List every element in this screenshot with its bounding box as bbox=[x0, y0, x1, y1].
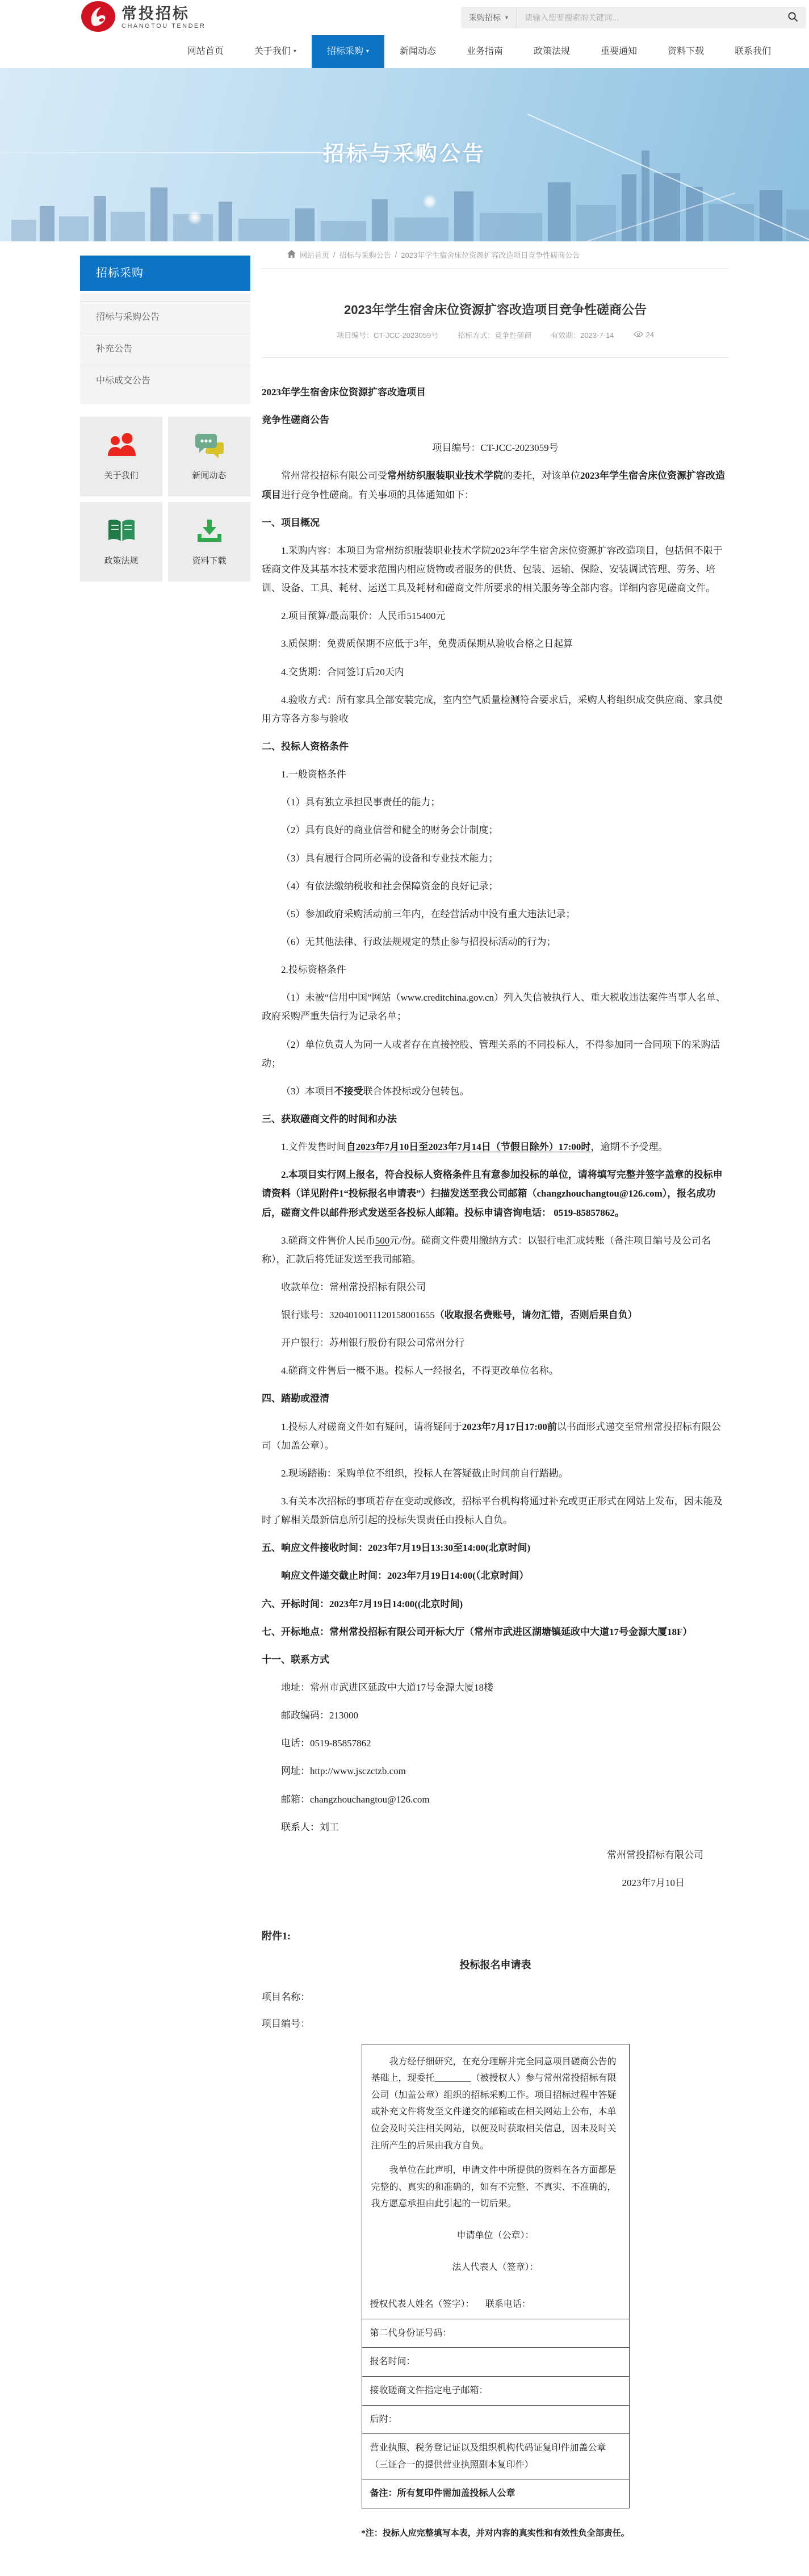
doc-block: 响应文件递交截止时间：2023年7月19日14:00(（北京时间） bbox=[262, 1566, 729, 1585]
form-field-project-no: 项目编号： bbox=[262, 2014, 729, 2033]
doc-text-run: ，逾期不予受理。 bbox=[590, 1141, 668, 1152]
doc-block: 四、踏勘或澄清 bbox=[262, 1389, 729, 1408]
search-category-value: 采购招标 bbox=[469, 12, 501, 23]
nav-item-guide[interactable]: 业务指南 bbox=[451, 35, 518, 68]
doc-block: 项目编号：CT-JCC-2023059号 bbox=[262, 438, 729, 457]
doc-text-run: 的委托，对该单位 bbox=[503, 470, 580, 481]
page: 常投招标 CHANGTOU TENDER 采购招标 ▾ 网站首页 关于我们▾ 招… bbox=[0, 0, 809, 2576]
banner-title: 招标与采购公告 bbox=[0, 136, 809, 167]
doc-block: 开户银行：苏州银行股份有限公司常州分行 bbox=[262, 1333, 729, 1352]
chat-icon bbox=[194, 432, 225, 462]
doc-block: 十一、联系方式 bbox=[262, 1650, 729, 1669]
form-row: 营业执照、税务登记证以及组织机构代码证复印件加盖公章（三证合一的提供营业执照副本… bbox=[362, 2433, 629, 2479]
form-cell: 备注：所有复印件需加盖投标人公章 bbox=[370, 2485, 621, 2502]
doc-text-run: 3.质保期：免费质保期不应低于3年，免费质保期从验收合格之日起算 bbox=[281, 638, 573, 649]
doc-block: （5）参加政府采购活动前三年内，在经营活动中没有重大违法记录； bbox=[262, 905, 729, 923]
form-row: 授权代表人姓名（签字）：联系电话： bbox=[362, 2290, 629, 2319]
article-meta: 项目编号：CT-JCC-2023059号 招标方式：竞争性磋商 有效期：2023… bbox=[262, 329, 729, 358]
doc-block: （3）具有履行合同所必需的设备和专业技术能力； bbox=[262, 849, 729, 868]
form-row: 后附： bbox=[362, 2405, 629, 2434]
hero-banner: 招标与采购公告 bbox=[0, 68, 809, 241]
nav-item-tender[interactable]: 招标采购▾ bbox=[312, 35, 384, 68]
breadcrumb-separator: / bbox=[395, 250, 397, 259]
doc-block: 4.验收方式：所有家具全部安装完成，室内空气质量检测符合要求后，采购人将组织成交… bbox=[262, 691, 729, 728]
form-declaration-paragraph: 我方经仔细研究，在充分理解并完全同意项目磋商公告的基础上，现委托________… bbox=[371, 2054, 620, 2155]
doc-block: （6）无其他法律、行政法规规定的禁止参与招投标活动的行为； bbox=[262, 932, 729, 951]
chevron-down-icon: ▾ bbox=[505, 15, 508, 21]
doc-text-run: （1）未被“信用中国”网站（www.creditchina.gov.cn）列入失… bbox=[262, 992, 726, 1022]
doc-block: （2）具有良好的商业信誉和健全的财务会计制度； bbox=[262, 821, 729, 839]
doc-text-run: 1.文件发售时间 bbox=[281, 1141, 346, 1152]
doc-text-run: 常州常投招标有限公司 bbox=[607, 1850, 703, 1860]
top-bar: 常投招标 CHANGTOU TENDER 采购招标 ▾ bbox=[0, 0, 809, 35]
breadcrumb-home[interactable]: 网站首页 bbox=[300, 249, 329, 260]
nav-item-about[interactable]: 关于我们▾ bbox=[239, 35, 312, 68]
breadcrumb: 网站首页 / 招标与采购公告 / 2023年学生宿舍床位资源扩容改造项目竞争性磋… bbox=[262, 241, 729, 269]
form-cell: 第二代身份证号码： bbox=[370, 2325, 621, 2342]
form-cell: 报名时间： bbox=[370, 2353, 621, 2370]
logo-subtitle: CHANGTOU TENDER bbox=[121, 23, 206, 30]
doc-block: 电话：0519-85857862 bbox=[262, 1734, 729, 1753]
meta-project-no: 项目编号：CT-JCC-2023059号 bbox=[337, 329, 438, 340]
home-icon bbox=[287, 250, 296, 260]
search-button[interactable] bbox=[779, 7, 806, 28]
application-form-table: 我方经仔细研究，在充分理解并完全同意项目磋商公告的基础上，现委托________… bbox=[362, 2044, 630, 2508]
form-declaration-row: 我方经仔细研究，在充分理解并完全同意项目磋商公告的基础上，现委托________… bbox=[362, 2044, 629, 2291]
doc-text-run: 常州常投招标有限公司受 bbox=[281, 470, 387, 481]
card-label: 关于我们 bbox=[104, 469, 138, 481]
attachment-label: 附件1: bbox=[262, 1926, 729, 1946]
nav-item-notice[interactable]: 重要通知 bbox=[585, 35, 652, 68]
sidebar-item-supplement[interactable]: 补充公告 bbox=[80, 333, 250, 365]
form-field-project-name: 项目名称： bbox=[262, 1988, 729, 2006]
doc-text-run: 2023年7月10日 bbox=[622, 1877, 685, 1888]
doc-text-run: 二、投标人资格条件 bbox=[262, 741, 349, 752]
search-input[interactable] bbox=[517, 7, 779, 28]
doc-text-run: 联合体投标或分包转包。 bbox=[363, 1086, 470, 1097]
doc-text-run: 进行竞争性磋商。有关事项的具体通知如下： bbox=[281, 490, 474, 500]
card-label: 政策法规 bbox=[104, 554, 138, 566]
doc-block: 2023年学生宿舍床位资源扩容改造项目 bbox=[262, 383, 729, 402]
doc-text-run: 邮政编码：213000 bbox=[281, 1710, 358, 1721]
doc-text-run: 网址：http://www.jsczctzb.com bbox=[281, 1766, 406, 1776]
main-nav: 网站首页 关于我们▾ 招标采购▾ 新闻动态 业务指南 政策法规 重要通知 资料下… bbox=[0, 35, 809, 68]
search-bar: 采购招标 ▾ bbox=[461, 7, 806, 28]
doc-text-run: 六、开标时间：2023年7月19日14:00((北京时间) bbox=[262, 1599, 463, 1609]
doc-block: 1.采购内容：本项目为常州纺织服装职业技术学院2023年学生宿舍床位资源扩容改造… bbox=[262, 541, 729, 597]
doc-block: 3.质保期：免费质保期不应低于3年，免费质保期从验收合格之日起算 bbox=[262, 634, 729, 653]
doc-text-run: 五、响应文件接收时间：2023年7月19日13:30至14:00(北京时间) bbox=[262, 1542, 530, 1553]
search-category-select[interactable]: 采购招标 ▾ bbox=[461, 7, 517, 28]
nav-item-news[interactable]: 新闻动态 bbox=[384, 35, 451, 68]
doc-text-run: （1）具有独立承担民事责任的能力； bbox=[281, 797, 441, 808]
meta-valid: 有效期：2023-7-14 bbox=[551, 329, 614, 340]
doc-text-run: 1.采购内容：本项目为常州纺织服装职业技术学院2023年学生宿舍床位资源扩容改造… bbox=[262, 545, 723, 593]
breadcrumb-section[interactable]: 招标与采购公告 bbox=[339, 249, 391, 260]
doc-block: 1.文件发售时间自2023年7月10日至2023年7月14日（节假日除外）17:… bbox=[262, 1138, 729, 1156]
doc-block: 银行账号：3204010011120158001655（收取报名费账号，请勿汇错… bbox=[262, 1306, 729, 1324]
logo[interactable]: 常投招标 CHANGTOU TENDER bbox=[81, 1, 206, 35]
doc-text-run: 地址：常州市武进区延政中大道17号金源大厦18楼 bbox=[281, 1682, 493, 1693]
content: 招标采购 招标与采购公告 补充公告 中标成交公告 关于我 bbox=[80, 241, 729, 2576]
logo-title: 常投招标 bbox=[121, 6, 206, 23]
sidebar-menu: 招标与采购公告 补充公告 中标成交公告 bbox=[80, 293, 250, 404]
doc-block: 联系人：刘工 bbox=[262, 1818, 729, 1837]
form-row: 报名时间： bbox=[362, 2347, 629, 2376]
doc-block: 2.投标资格条件 bbox=[262, 960, 729, 979]
form-cell: 后附： bbox=[370, 2411, 621, 2428]
doc-text-run: 银行账号：3204010011120158001655 bbox=[281, 1310, 435, 1320]
doc-block: 常州常投招标有限公司 bbox=[262, 1846, 729, 1864]
doc-text-run: 竞争性磋商公告 bbox=[262, 415, 329, 425]
doc-block: 一、项目概况 bbox=[262, 513, 729, 532]
doc-block: 地址：常州市武进区延政中大道17号金源大厦18楼 bbox=[262, 1678, 729, 1697]
doc-text-run: 响应文件递交截止时间：2023年7月19日14:00(（北京时间） bbox=[281, 1570, 529, 1581]
doc-text-run: （收取报名费账号，请勿汇错，否则后果自负） bbox=[435, 1310, 638, 1320]
form-row: 第二代身份证号码： bbox=[362, 2319, 629, 2348]
doc-block: 3.磋商文件售价人民币500元/份。磋商文件费用缴纳方式：以银行电汇或转账（备注… bbox=[262, 1231, 729, 1269]
meta-method: 招标方式：竞争性磋商 bbox=[458, 329, 531, 340]
chevron-down-icon: ▾ bbox=[294, 35, 296, 68]
form-cell: 营业执照、税务登记证以及组织机构代码证复印件加盖公章（三证合一的提供营业执照副本… bbox=[370, 2440, 621, 2473]
doc-text-run: （3）本项目 bbox=[281, 1086, 334, 1097]
logo-mark-icon bbox=[81, 1, 116, 35]
view-counter: 24 bbox=[634, 331, 654, 339]
logo-text: 常投招标 CHANGTOU TENDER bbox=[121, 6, 206, 30]
doc-text-run: 邮箱：changzhouchangtou@126.com bbox=[281, 1794, 430, 1805]
sidebar-header: 招标采购 bbox=[80, 256, 250, 291]
doc-block: （1）具有独立承担民事责任的能力； bbox=[262, 793, 729, 812]
main-panel: 网站首页 / 招标与采购公告 / 2023年学生宿舍床位资源扩容改造项目竞争性磋… bbox=[262, 241, 729, 2576]
people-icon bbox=[106, 432, 137, 462]
doc-block: （1）未被“信用中国”网站（www.creditchina.gov.cn）列入失… bbox=[262, 988, 729, 1026]
doc-text-run: 4.交货期：合同签订后20天内 bbox=[281, 667, 404, 678]
doc-text-run: 2.本项目实行网上报名，符合投标人资格条件且有意参加投标的单位，请将填写完整并签… bbox=[262, 1169, 723, 1218]
doc-text-run: 2023年学生宿舍床位资源扩容改造项目 bbox=[262, 387, 426, 398]
card-download[interactable]: 资料下载 bbox=[168, 502, 250, 582]
sidebar: 招标采购 招标与采购公告 补充公告 中标成交公告 关于我 bbox=[80, 256, 250, 582]
doc-text-run: 1.投标人对磋商文件如有疑问，请将疑问于 bbox=[281, 1421, 462, 1432]
chevron-down-icon: ▾ bbox=[366, 35, 369, 68]
doc-block: 网址：http://www.jsczctzb.com bbox=[262, 1762, 729, 1780]
doc-text-run: 2.项目预算/最高限价：人民币515400元 bbox=[281, 610, 445, 621]
search-icon bbox=[787, 11, 798, 24]
doc-text-run: （6）无其他法律、行政法规规定的禁止参与招投标活动的行为； bbox=[281, 936, 556, 947]
breadcrumb-current: 2023年学生宿舍床位资源扩容改造项目竞争性磋商公告 bbox=[401, 249, 580, 260]
doc-block: 常州常投招标有限公司受常州纺织服装职业技术学院的委托，对该单位2023年学生宿舍… bbox=[262, 466, 729, 504]
nav-item-contact[interactable]: 联系我们 bbox=[719, 35, 786, 68]
doc-block: 1.一般资格条件 bbox=[262, 765, 729, 784]
doc-text-run: 3.磋商文件售价人民币 bbox=[281, 1235, 375, 1246]
doc-block: 4.交货期：合同签订后20天内 bbox=[262, 663, 729, 681]
form-cell: 联系电话： bbox=[485, 2296, 621, 2313]
doc-block: 4.磋商文件售后一概不退。投标人一经报名，不得更改单位名称。 bbox=[262, 1361, 729, 1380]
doc-text-run: （4）有依法缴纳税收和社会保障资金的良好记录； bbox=[281, 881, 498, 892]
form-signature-line: 法人代表人（签章）： bbox=[371, 2259, 620, 2276]
doc-text-run: 收款单位：常州常投招标有限公司 bbox=[281, 1282, 426, 1293]
doc-text-run: 联系人：刘工 bbox=[281, 1822, 339, 1833]
doc-text-run: 3.有关本次招标的事项若存在变动或修改，招标平台机构将通过补充或更正形式在网站上… bbox=[262, 1496, 723, 1525]
doc-text-run: 一、项目概况 bbox=[262, 517, 320, 528]
card-about-us[interactable]: 关于我们 bbox=[80, 417, 162, 496]
doc-block: 五、响应文件接收时间：2023年7月19日13:30至14:00(北京时间) bbox=[262, 1538, 729, 1557]
doc-block: 收款单位：常州常投招标有限公司 bbox=[262, 1278, 729, 1297]
announcement-document: 2023年学生宿舍床位资源扩容改造项目竞争性磋商公告项目编号：CT-JCC-20… bbox=[262, 358, 729, 1907]
eye-icon bbox=[634, 331, 643, 339]
doc-text-run: 电话：0519-85857862 bbox=[281, 1738, 371, 1749]
doc-block: 3.有关本次招标的事项若存在变动或修改，招标平台机构将通过补充或更正形式在网站上… bbox=[262, 1492, 729, 1529]
card-policy[interactable]: 政策法规 bbox=[80, 502, 162, 582]
form-signature-line: 申请单位（公章）： bbox=[371, 2227, 620, 2244]
sidebar-item-award[interactable]: 中标成交公告 bbox=[80, 365, 250, 396]
doc-block: 邮政编码：213000 bbox=[262, 1706, 729, 1725]
doc-block: 二、投标人资格条件 bbox=[262, 737, 729, 756]
doc-block: （2）单位负责人为同一人或者存在直接控股、管理关系的不同投标人，不得参加同一合同… bbox=[262, 1035, 729, 1073]
breadcrumb-separator: / bbox=[333, 250, 336, 259]
doc-block: 2.本项目实行网上报名，符合投标人资格条件且有意参加投标的单位，请将填写完整并签… bbox=[262, 1165, 729, 1222]
doc-text-run: 十一、联系方式 bbox=[262, 1654, 329, 1665]
card-news[interactable]: 新闻动态 bbox=[168, 417, 250, 496]
doc-text-run: 不接受 bbox=[334, 1086, 363, 1097]
form-title: 投标报名申请表 bbox=[262, 1955, 729, 1975]
page-title: 2023年学生宿舍床位资源扩容改造项目竞争性磋商公告 bbox=[262, 300, 729, 318]
doc-block: （4）有依法缴纳税收和社会保障资金的良好记录； bbox=[262, 877, 729, 896]
form-row: 备注：所有复印件需加盖投标人公章 bbox=[362, 2479, 629, 2508]
sidebar-cards: 关于我们 新闻动态 bbox=[80, 417, 250, 582]
doc-text-run: 500 bbox=[375, 1235, 390, 1246]
doc-text-run: 4.磋商文件售后一概不退。投标人一经报名，不得更改单位名称。 bbox=[281, 1365, 559, 1376]
form-note: *注：投标人应完整填写本表，并对内容的真实性和有效性负全部责任。 bbox=[348, 2525, 643, 2542]
doc-text-run: 2.投标资格条件 bbox=[281, 964, 346, 975]
doc-text-run: （2）具有良好的商业信誉和健全的财务会计制度； bbox=[281, 825, 498, 835]
nav-item-home[interactable]: 网站首页 bbox=[172, 35, 239, 68]
banner-decoration-glow bbox=[187, 210, 202, 225]
doc-text-run: 自2023年7月10日至2023年7月14日（节假日除外）17:00时 bbox=[346, 1141, 591, 1152]
doc-text-run: （3）具有履行合同所必需的设备和专业技术能力； bbox=[281, 853, 498, 864]
sidebar-item-announcements[interactable]: 招标与采购公告 bbox=[80, 301, 250, 333]
doc-text-run: 开户银行：苏州银行股份有限公司常州分行 bbox=[281, 1337, 464, 1348]
doc-text-run: （5）参加政府采购活动前三年内，在经营活动中没有重大违法记录； bbox=[281, 909, 576, 919]
doc-text-run: 七、开标地点：常州常投招标有限公司开标大厅（常州市武进区湖塘镇延政中大道17号金… bbox=[262, 1626, 692, 1637]
doc-block: 六、开标时间：2023年7月19日14:00((北京时间) bbox=[262, 1595, 729, 1613]
doc-text-run: 4.验收方式：所有家具全部安装完成，室内空气质量检测符合要求后，采购人将组织成交… bbox=[262, 695, 723, 724]
nav-item-policy[interactable]: 政策法规 bbox=[518, 35, 585, 68]
book-icon bbox=[106, 517, 137, 547]
doc-block: 2023年7月10日 bbox=[262, 1874, 729, 1892]
form-cell: 授权代表人姓名（签字）： bbox=[370, 2296, 485, 2313]
doc-text-run: 1.一般资格条件 bbox=[281, 769, 346, 780]
card-label: 新闻动态 bbox=[192, 469, 226, 481]
doc-block: （3）本项目不接受联合体投标或分包转包。 bbox=[262, 1082, 729, 1101]
download-icon bbox=[194, 517, 225, 547]
doc-text-run: 项目编号：CT-JCC-2023059号 bbox=[432, 442, 558, 453]
form-row: 接收磋商文件指定电子邮箱： bbox=[362, 2376, 629, 2405]
nav-item-download[interactable]: 资料下载 bbox=[652, 35, 719, 68]
doc-block: 邮箱：changzhouchangtou@126.com bbox=[262, 1790, 729, 1809]
doc-block: 三、获取磋商文件的时间和办法 bbox=[262, 1110, 729, 1128]
attachment-section: 附件1: 投标报名申请表 项目名称： 项目编号： 我方经仔细研究，在充分理解并完… bbox=[262, 1926, 729, 2576]
doc-text-run: 三、获取磋商文件的时间和办法 bbox=[262, 1114, 397, 1124]
doc-text-run: 四、踏勘或澄清 bbox=[262, 1393, 329, 1404]
doc-text-run: 2023年7月17日17:00前 bbox=[462, 1421, 557, 1432]
doc-block: 2.项目预算/最高限价：人民币515400元 bbox=[262, 607, 729, 625]
doc-block: 2.现场踏勘：采购单位不组织，投标人在答疑截止时间前自行踏勘。 bbox=[262, 1464, 729, 1483]
doc-block: 1.投标人对磋商文件如有疑问，请将疑问于2023年7月17日17:00前以书面形… bbox=[262, 1417, 729, 1455]
view-count: 24 bbox=[646, 331, 654, 339]
doc-block: 七、开标地点：常州常投招标有限公司开标大厅（常州市武进区湖塘镇延政中大道17号金… bbox=[262, 1622, 729, 1641]
form-declaration-paragraph: 我单位在此声明，申请文件中所提供的资料在各方面都是完整的、真实的和准确的，如有不… bbox=[371, 2162, 620, 2213]
doc-text-run: 2.现场踏勘：采购单位不组织，投标人在答疑截止时间前自行踏勘。 bbox=[281, 1468, 568, 1479]
card-label: 资料下载 bbox=[192, 554, 226, 566]
doc-text-run: （2）单位负责人为同一人或者存在直接控股、管理关系的不同投标人，不得参加同一合同… bbox=[262, 1039, 720, 1069]
doc-text-run: 常州纺织服装职业技术学院 bbox=[387, 470, 503, 481]
banner-decoration-glow bbox=[422, 194, 437, 209]
form-cell: 接收磋商文件指定电子邮箱： bbox=[370, 2382, 621, 2399]
doc-block: 竞争性磋商公告 bbox=[262, 411, 729, 429]
